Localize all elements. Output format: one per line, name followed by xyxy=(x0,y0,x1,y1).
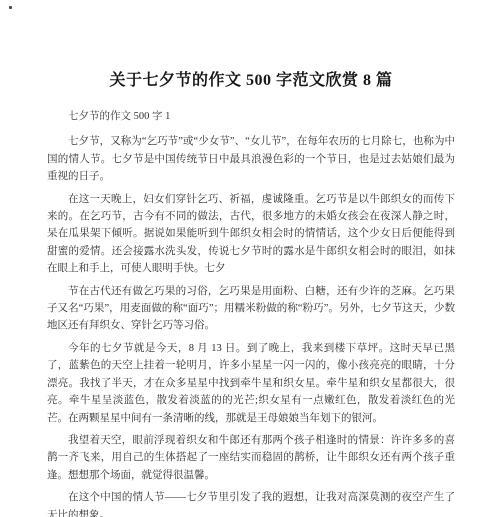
body-paragraph: 七夕节，又称为“乞巧节”或“少女节”、“女儿节”，在每年农历的七月除七，也称为中… xyxy=(47,133,455,185)
document-title: 关于七夕节的作文 500 字范文欣赏 8 篇 xyxy=(47,70,455,92)
body-paragraph: 在这个中国的情人节——七夕节里引发了我的遐想，让我对高深莫测的夜空产生了无比的想… xyxy=(47,489,455,517)
body-paragraph: 节在古代还有做乞巧果的习俗，乞巧果是用面粉、白糖，还有少许的芝麻。乞巧果子又名“… xyxy=(47,283,455,335)
body-paragraph: 我望着天空，眼前浮现着织女和牛郎还有那两个孩子相逢时的情景：许许多多的喜鹊一齐飞… xyxy=(47,432,455,484)
scan-artifact xyxy=(9,6,12,9)
body-paragraph: 今年的七夕节就是今天，8 月 13 日。到了晚上，我来到楼下草坪。这时天早已黑了… xyxy=(47,340,455,427)
document-page: 关于七夕节的作文 500 字范文欣赏 8 篇 七夕节的作文 500 字 1 七夕… xyxy=(0,0,500,517)
section-label: 七夕节的作文 500 字 1 xyxy=(47,108,455,125)
body-paragraph: 在这一天晚上，妇女们穿针乞巧、祈福，虔诚隆重。乞巧节是以牛郎织女的而传下来的。在… xyxy=(47,191,455,278)
